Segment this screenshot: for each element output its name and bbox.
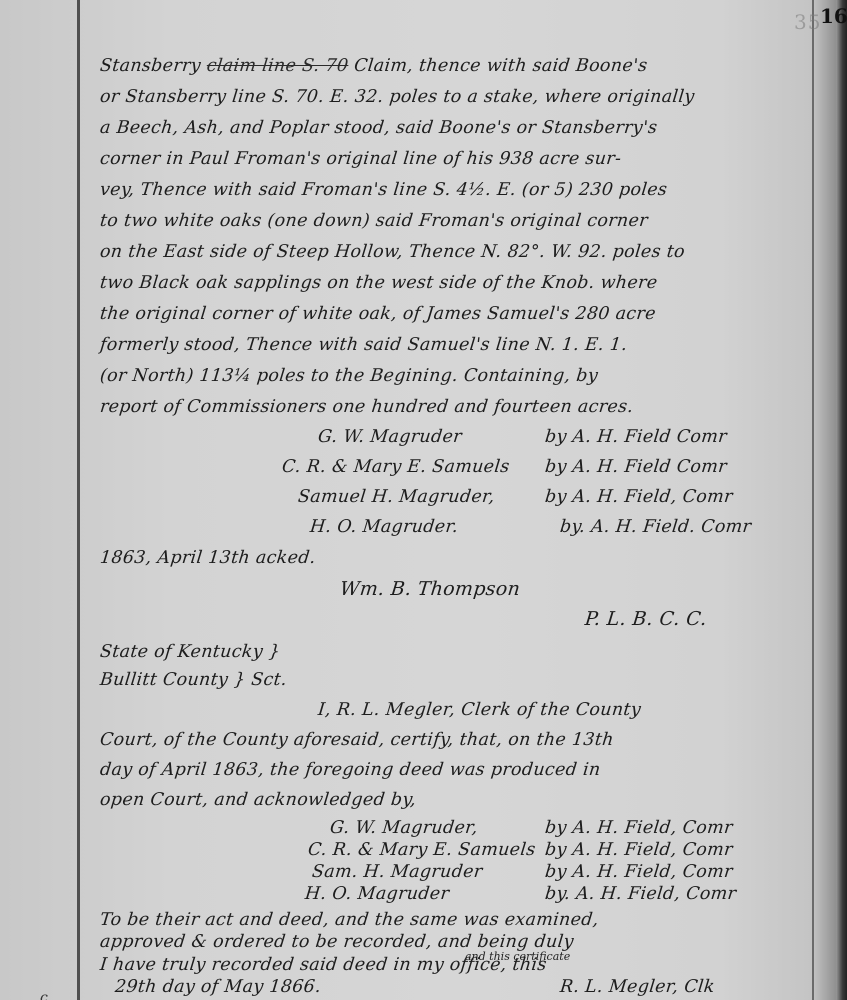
certificate-state: State of Kentucky } xyxy=(99,642,281,662)
deed-line-1: Stansberry claim line S. 70 Claim, thenc… xyxy=(99,56,649,76)
cert-signature-4-name: H. O. Magruder xyxy=(304,884,450,904)
cert-signature-2-name: C. R. & Mary E. Samuels xyxy=(307,840,537,860)
cert-signature-4-by: by. A. H. Field, Comr xyxy=(544,884,737,904)
cert-signature-1-by: by A. H. Field, Comr xyxy=(544,818,734,838)
deed-line-4: corner in Paul Froman's original line of… xyxy=(99,149,622,169)
deed-signature-2-name: C. R. & Mary E. Samuels xyxy=(281,457,511,477)
closing-line-1: To be their act and deed, and the same w… xyxy=(99,910,600,930)
deed-line-1-pre: Stansberry xyxy=(99,56,208,76)
deed-line-9: the original corner of white oak, of Jam… xyxy=(99,304,657,324)
deed-line-7: on the East side of Steep Hollow, Thence… xyxy=(99,242,686,262)
deed-signature-2-by: by A. H. Field Comr xyxy=(544,457,728,477)
deed-line-2: or Stansberry line S. 70. E. 32. poles t… xyxy=(99,87,696,107)
certificate-line-2: Court, of the County aforesaid, certify,… xyxy=(99,730,615,750)
deed-signature-1-name: G. W. Magruder xyxy=(317,427,463,447)
clerk-signature: R. L. Megler, Clk xyxy=(559,977,716,997)
closing-line-4: 29th day of May 1866. xyxy=(114,977,322,997)
deed-line-12: report of Commissioners one hundred and … xyxy=(99,397,634,417)
cert-signature-1-name: G. W. Magruder, xyxy=(329,818,479,838)
cert-signature-3-name: Sam. H. Magruder xyxy=(311,862,484,882)
certificate-county: Bullitt County } Sct. xyxy=(99,670,288,690)
deed-line-5: vey, Thence with said Froman's line S. 4… xyxy=(99,180,668,200)
deed-line-8: two Black oak sapplings on the west side… xyxy=(99,273,658,293)
left-margin-rule xyxy=(77,0,80,1000)
deed-line-11: (or North) 113¼ poles to the Begining. C… xyxy=(99,366,599,386)
left-margin-mark: c xyxy=(40,990,48,1000)
page-number: 16 xyxy=(820,4,847,28)
deed-line-3: a Beech, Ash, and Poplar stood, said Boo… xyxy=(99,118,658,138)
cert-signature-3-by: by A. H. Field, Comr xyxy=(544,862,734,882)
certificate-line-1: I, R. L. Megler, Clerk of the County xyxy=(317,700,642,720)
acknowledged-date: 1863, April 13th acked. xyxy=(99,548,317,568)
deed-line-1-post: Claim, thence with said Boone's xyxy=(347,56,648,76)
cert-signature-2-by: by A. H. Field, Comr xyxy=(544,840,734,860)
struck-text: claim line S. 70 xyxy=(206,56,350,76)
certificate-line-3: day of April 1863, the foregoing deed wa… xyxy=(99,760,602,780)
deed-signature-3-by: by A. H. Field, Comr xyxy=(544,487,734,507)
right-margin-rule xyxy=(812,0,814,1000)
deed-signature-4-by: by. A. H. Field. Comr xyxy=(559,517,752,537)
deed-signature-1-by: by A. H. Field Comr xyxy=(544,427,728,447)
deed-book-page: 35 16 Stansberry claim line S. 70 Claim,… xyxy=(0,0,847,1000)
deed-line-6: to two white oaks (one down) said Froman… xyxy=(99,211,649,231)
official-signature: Wm. B. Thompson xyxy=(339,578,521,600)
deed-signature-3-name: Samuel H. Magruder, xyxy=(297,487,496,507)
deed-line-10: formerly stood, Thence with said Samuel'… xyxy=(99,335,628,355)
book-binding-edge xyxy=(836,0,847,1000)
closing-line-2: approved & ordered to be recorded, and b… xyxy=(99,932,575,952)
stamped-number: 35 xyxy=(794,10,821,34)
closing-line-3: I have truly recorded said deed in my of… xyxy=(99,955,548,975)
official-title: P. L. B. C. C. xyxy=(584,608,708,630)
certificate-line-4: open Court, and acknowledged by, xyxy=(99,790,417,810)
deed-signature-4-name: H. O. Magruder. xyxy=(309,517,459,537)
